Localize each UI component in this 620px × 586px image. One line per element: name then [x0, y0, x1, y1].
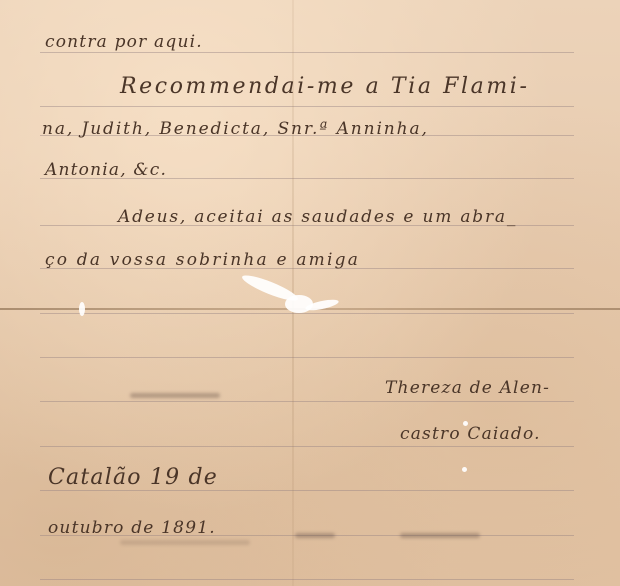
letter-line: Recommendai-me a Tia Flami- — [120, 74, 529, 99]
paper-damage-stain — [462, 467, 467, 472]
letter-line: ço da vossa sobrinha e amiga — [45, 250, 360, 270]
dateline: Catalão 19 de — [48, 465, 218, 490]
ruled-line — [40, 446, 574, 447]
bleed-through-mark — [295, 533, 335, 538]
ruled-line — [40, 106, 574, 107]
bleed-through-mark — [120, 540, 250, 545]
bleed-through-mark — [130, 393, 220, 398]
signature-line: Thereza de Alen- — [385, 378, 550, 398]
ruled-line — [40, 579, 574, 580]
letter-page: contra por aqui. Recommendai-me a Tia Fl… — [0, 0, 620, 586]
ruled-line — [40, 357, 574, 358]
bleed-through-mark — [400, 533, 480, 538]
letter-line: contra por aqui. — [45, 32, 203, 52]
letter-line: Adeus, aceitai as saudades e um abra_ — [118, 207, 517, 227]
letter-line: na, Judith, Benedicta, Snr.ª Anninha, — [42, 119, 429, 139]
ruled-line — [40, 313, 574, 314]
ruled-line — [40, 490, 574, 491]
paper-damage-stain — [79, 302, 85, 316]
dateline: outubro de 1891. — [48, 518, 216, 538]
signature-line: castro Caiado. — [400, 424, 541, 444]
letter-line: Antonia, &c. — [45, 160, 167, 180]
ruled-line — [40, 52, 574, 53]
ruled-line — [40, 401, 574, 402]
